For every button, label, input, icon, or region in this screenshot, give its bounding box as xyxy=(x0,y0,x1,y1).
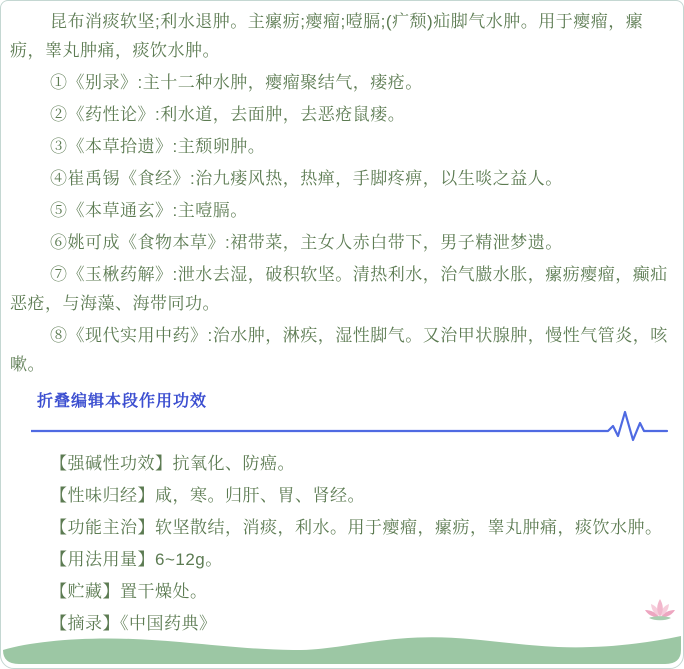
section-header-block: 折叠编辑本段作用功效 xyxy=(10,391,674,449)
citation-item: ⑧《现代实用中药》:治水肿，淋疾，湿性脚气。又治甲状腺肿，慢性气管炎，咳嗽。 xyxy=(10,321,674,379)
citation-item: ⑥姚可成《食物本草》:裙带菜，主女人赤白带下，男子精泄梦遗。 xyxy=(10,228,674,257)
entry-line: 【功能主治】软坚散结，消痰，利水。用于瘿瘤，瘰疬，睾丸肿痛，痰饮水肿。 xyxy=(10,513,674,542)
citation-item: ①《别录》:主十二种水肿，瘿瘤聚结气，瘘疮。 xyxy=(10,68,674,97)
entry-line: 【摘录】《中国药典》 xyxy=(10,609,674,638)
entry-line: 【强碱性功效】抗氧化、防癌。 xyxy=(10,449,674,478)
intro-paragraph: 昆布消痰软坚;利水退肿。主瘰疬;瘿瘤;噎膈;(疒颓)疝脚气水肿。用于瘿瘤，瘰疬，… xyxy=(10,7,674,65)
lotus-flower-icon xyxy=(643,594,677,628)
entry-line: 【贮藏】置干燥处。 xyxy=(10,577,674,606)
ecg-pulse-icon xyxy=(31,405,673,449)
citation-item: ④崔禹锡《食经》:治九瘘风热，热瘅，手脚疼痹，以生啖之益人。 xyxy=(10,164,674,193)
monograph-entries: 【强碱性功效】抗氧化、防癌。 【性味归经】咸，寒。归肝、胃、肾经。 【功能主治】… xyxy=(10,449,674,638)
entry-line: 【性味归经】咸，寒。归肝、胃、肾经。 xyxy=(10,481,674,510)
article-content: 昆布消痰软坚;利水退肿。主瘰疬;瘿瘤;噎膈;(疒颓)疝脚气水肿。用于瘿瘤，瘰疬，… xyxy=(1,1,683,638)
citation-item: ③《本草拾遗》:主颓卵肿。 xyxy=(10,132,674,161)
citation-item: ⑦《玉楸药解》:泄水去湿，破积软坚。清热利水，治气臌水胀，瘰疬瘿瘤，癫疝恶疮，与… xyxy=(10,260,674,318)
citation-list: ①《别录》:主十二种水肿，瘿瘤聚结气，瘘疮。 ②《药性论》:利水道，去面肿，去恶… xyxy=(10,68,674,379)
citation-item: ⑤《本草通玄》:主噎膈。 xyxy=(10,196,674,225)
entry-line: 【用法用量】6~12g。 xyxy=(10,545,674,574)
citation-item: ②《药性论》:利水道，去面肿，去恶疮鼠瘘。 xyxy=(10,100,674,129)
article-page: 昆布消痰软坚;利水退肿。主瘰疬;瘿瘤;噎膈;(疒颓)疝脚气水肿。用于瘿瘤，瘰疬，… xyxy=(0,0,684,669)
